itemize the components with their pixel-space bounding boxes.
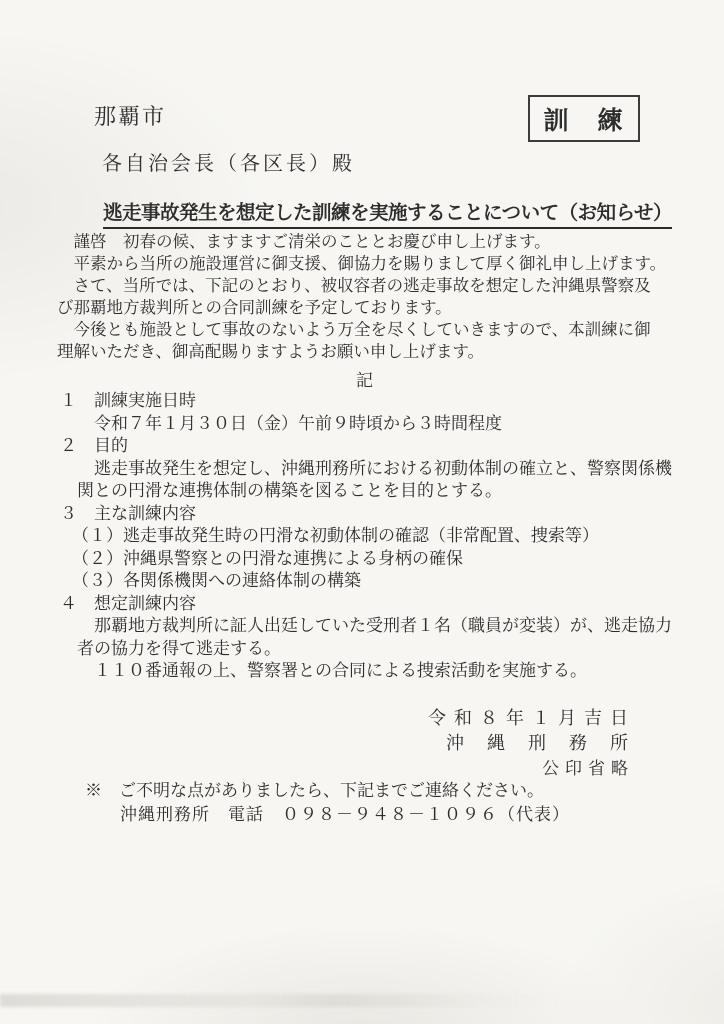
contact-note-line: ※ ご不明な点がありましたら、下記までご連絡ください。: [85, 779, 570, 803]
section-list-item: （１）逃走事故発生時の円滑な初動体制の確認（非常配置、捜索等）: [72, 525, 672, 548]
record-marker: 記: [57, 366, 672, 391]
contact-phone-line: 沖縄刑務所 電話 ０９８－９４８－１０９６（代表）: [120, 803, 570, 827]
scanned-letter-page: { "doc": { "city": "那覇市", "addressee": "…: [0, 0, 724, 1024]
section-body-line: 者の協力を得て逃走する。: [60, 638, 672, 661]
document-title: 逃走事故発生を想定した訓練を実施することについて（お知らせ）: [103, 197, 672, 229]
section-body-line: １１０番通報の上、警察署との合同による捜索活動を実施する。: [60, 660, 672, 683]
section-heading: １ 訓練実施日時: [60, 390, 672, 413]
greeting-line: 今後とも施設として事故のないよう万全を尽くしていきますので、本訓練に御: [57, 319, 666, 341]
section-list-item: （２）沖縄県警察との円滑な連携による身柄の確保: [72, 548, 672, 571]
greeting-line: 理解いただき、御高配賜りますようお願い申し上げます。: [57, 341, 666, 363]
addressee-city: 那覇市: [94, 100, 166, 131]
sender-name: 沖縄刑務所: [428, 731, 651, 756]
scan-artifact-streak: [0, 994, 560, 1007]
section-list-item: （３）各関係機関への連絡体制の構築: [72, 570, 672, 593]
section-body-line: 令和７年１月３０日（金）午前９時頃から３時間程度: [60, 413, 672, 436]
section-heading: ２ 目的: [60, 435, 672, 458]
greeting-paragraphs: 謹啓 初春の候、ますますご清栄のこととお慶び申し上げます。 平素から当所の施設運…: [57, 231, 666, 363]
section-body-line: 逃走事故発生を想定し、沖縄刑務所における初動体制の確立と、警察関係機: [60, 458, 672, 481]
greeting-line: さて、当所では、下記のとおり、被収容者の逃走事故を想定した沖縄県警察及: [57, 275, 666, 297]
addressee-name: 各自治会長（各区長）殿: [102, 147, 355, 176]
contact-notes: ※ ご不明な点がありましたら、下記までご連絡ください。 沖縄刑務所 電話 ０９８…: [85, 779, 570, 827]
greeting-line: 平素から当所の施設運営に御支援、御協力を賜りまして厚く御礼申し上げます。: [57, 253, 666, 275]
numbered-sections: １ 訓練実施日時 令和７年１月３０日（金）午前９時頃から３時間程度 ２ 目的 逃…: [60, 390, 672, 683]
greeting-line: び那覇地方裁判所との合同訓練を予定しております。: [57, 297, 666, 319]
seal-omitted-note: 公印省略: [428, 756, 634, 781]
section-heading: ４ 想定訓練内容: [60, 593, 672, 616]
training-stamp-box: 訓 練: [528, 95, 640, 142]
closing-date: 令和８年１月吉日: [428, 706, 636, 731]
training-stamp-label: 訓 練: [543, 101, 624, 137]
section-body-line: 那覇地方裁判所に証人出廷していた受刑者１名（職員が変装）が、逃走協力: [60, 615, 672, 638]
section-body-line: 関との円滑な連携体制の構築を図ることを目的とする。: [60, 480, 672, 503]
section-heading: ３ 主な訓練内容: [60, 503, 672, 526]
closing-block: 令和８年１月吉日 沖縄刑務所 公印省略: [428, 706, 628, 781]
greeting-line: 謹啓 初春の候、ますますご清栄のこととお慶び申し上げます。: [57, 231, 666, 253]
